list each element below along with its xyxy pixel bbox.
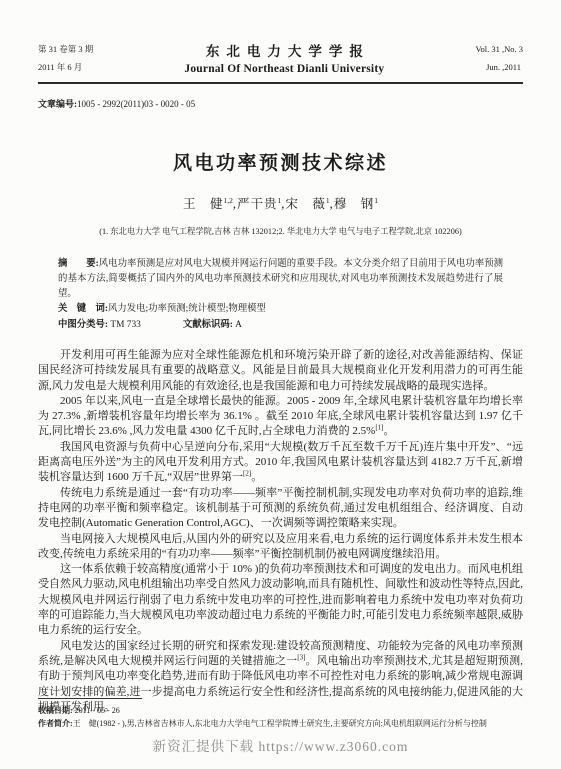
- watermark-text: 新资汇提供下载 https://www.z3060.com: [38, 735, 523, 755]
- article-number-value: 1005 - 2992(2011)03 - 0020 - 05: [77, 99, 195, 109]
- author-name: 严干贵: [237, 197, 278, 211]
- journal-page: 第 31 卷第 3 期 2011 年 6 月 东北电力大学学报 Journal …: [0, 0, 561, 769]
- received-date-label: 收稿日期:: [38, 706, 73, 715]
- footnote-rule: [38, 698, 142, 699]
- date-cn: 2011 年 6 月: [38, 58, 93, 76]
- author-name: 穆 钢: [334, 197, 375, 211]
- article-number-label: 文章编号:: [38, 99, 77, 109]
- author-name: 王 健: [183, 197, 224, 211]
- author-bio-text: 王 健(1982 - ),男,吉林省吉林市人,东北电力大学电气工程学院博士研究生…: [73, 719, 487, 728]
- received-date-value: 2011 - 05 - 26: [75, 706, 120, 715]
- clc-label: 中图分类号:: [58, 320, 110, 330]
- masthead-left: 第 31 卷第 3 期 2011 年 6 月: [38, 40, 93, 76]
- clc-row: 中图分类号: TM 733文献标识码: A: [58, 318, 503, 333]
- author-name: 宋 薇: [285, 197, 326, 211]
- body-paragraph: 开发利用可再生能源为应对全球性能源危机和环境污染开辟了新的途径,对改善能源结构、…: [38, 348, 523, 394]
- journal-title-en: Journal Of Northeast Dianli University: [93, 63, 475, 75]
- footnotes: 收稿日期: 2011 - 05 - 26 作者简介:王 健(1982 - ),男…: [38, 704, 523, 730]
- body-paragraph: 2005 年以来,风电一直是全球增长最快的能源。2005 - 2009 年,全球…: [38, 394, 523, 440]
- article-number-line: 文章编号:1005 - 2992(2011)03 - 0020 - 05: [38, 97, 523, 110]
- volume-issue-cn: 第 31 卷第 3 期: [38, 40, 93, 58]
- masthead-right: Vol. 31 ,No. 3 Jun. ,2011: [475, 40, 523, 76]
- affiliation: (1. 东北电力大学 电气工程学院,吉林 吉林 132012;2. 华北电力大学…: [38, 225, 523, 237]
- body-paragraph: 这一体系依赖于较高精度(通常小于 10% )的负荷功率预测技术和可调度的发电出力…: [38, 562, 523, 638]
- masthead-rule: [38, 82, 523, 84]
- date-en: Jun. ,2011: [475, 58, 523, 76]
- author-affil-sup: 1,2: [223, 196, 232, 205]
- body-paragraph: 当电网接入大规模风电后,从国内外的研究以及应用来看,电力系统的运行调度体系并未发…: [38, 532, 523, 563]
- abstract-text: 风电功率预测是应对风电大规模并网运行问题的重要手段。本文分类介绍了目前用于风电功…: [58, 259, 503, 299]
- article-body: 开发利用可再生能源为应对全球性能源危机和环境污染开辟了新的途径,对改善能源结构、…: [38, 348, 523, 715]
- citation-sup: [2]: [243, 470, 251, 478]
- citation-sup: [1]: [375, 424, 383, 432]
- received-date-line: 收稿日期: 2011 - 05 - 26: [38, 704, 523, 717]
- masthead-center: 东北电力大学学报 Journal Of Northeast Dianli Uni…: [93, 40, 475, 75]
- masthead: 第 31 卷第 3 期 2011 年 6 月 东北电力大学学报 Journal …: [38, 0, 523, 76]
- clc-value: TM 733: [110, 320, 140, 330]
- author-affil-sup: 1: [278, 196, 282, 205]
- doc-code-label: 文献标识码:: [183, 320, 235, 330]
- abstract-block: 摘 要:风电功率预测是应对风电大规模并网运行问题的重要手段。本文分类介绍了目前用…: [58, 257, 503, 333]
- page-footer: 收稿日期: 2011 - 05 - 26 作者简介:王 健(1982 - ),男…: [38, 698, 523, 755]
- author-bio-line: 作者简介:王 健(1982 - ),男,吉林省吉林市人,东北电力大学电气工程学院…: [38, 717, 523, 730]
- body-paragraph: 我国风电资源与负荷中心呈逆向分布,采用“大规模(数万千瓦至数千万千瓦)连片集中开…: [38, 440, 523, 486]
- paper-title: 风电功率预测技术综述: [38, 148, 523, 175]
- author-affil-sup: 1: [326, 196, 330, 205]
- body-paragraph: 传统电力系统是通过一套“有功功率——频率”平衡控制机制,实现发电功率对负荷功率的…: [38, 486, 523, 532]
- keywords-row: 关 键 词:风力发电;功率预测;统计模型;物理模型: [58, 302, 503, 317]
- keywords-text: 风力发电;功率预测;统计模型;物理模型: [108, 304, 266, 314]
- abstract-label: 摘 要:: [58, 259, 99, 269]
- citation-sup: [3]: [297, 653, 305, 661]
- author-list: 王 健1,2,严干贵1,宋 薇1,穆 钢1: [38, 194, 523, 212]
- abstract-row: 摘 要:风电功率预测是应对风电大规模并网运行问题的重要手段。本文分类介绍了目前用…: [58, 257, 503, 301]
- doc-code-value: A: [235, 320, 242, 330]
- journal-title-cn: 东北电力大学学报: [100, 40, 475, 60]
- author-bio-label: 作者简介:: [38, 719, 73, 728]
- volume-issue-en: Vol. 31 ,No. 3: [475, 40, 523, 58]
- keywords-label: 关 键 词:: [58, 304, 108, 314]
- author-affil-sup: 1: [374, 196, 378, 205]
